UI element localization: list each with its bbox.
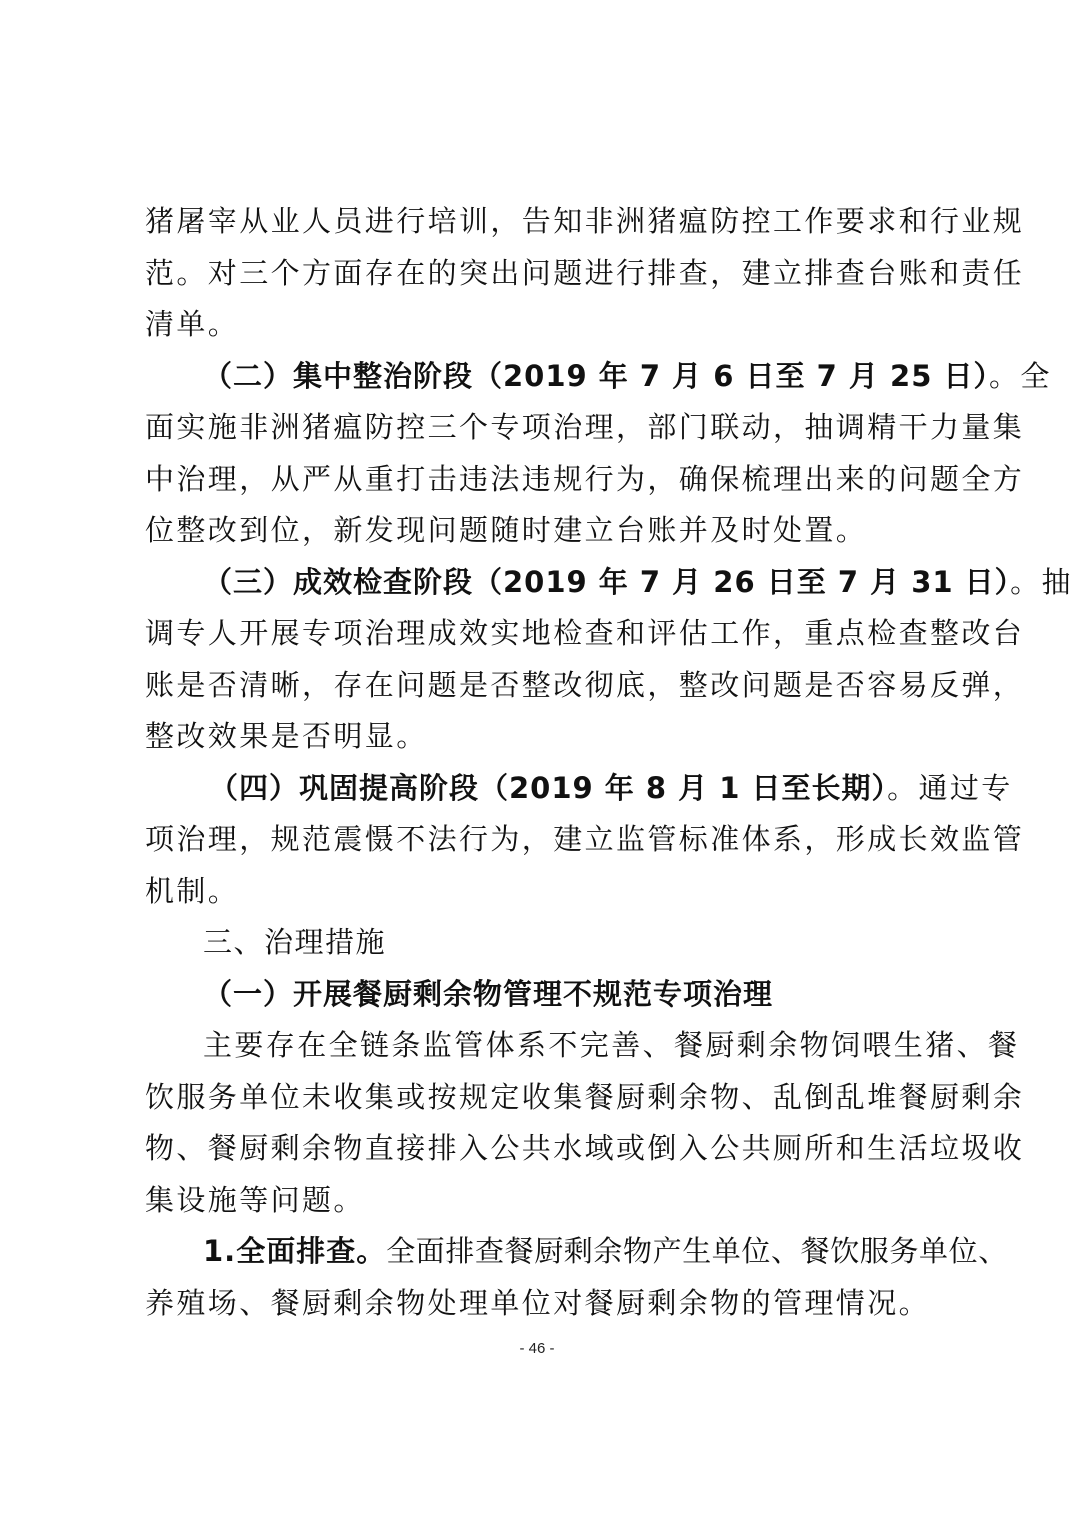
- paragraph-line: 机制。: [145, 866, 942, 918]
- stage-2-heading-line: （二）集中整治阶段（2019 年 7 月 6 日至 7 月 25 日）。全: [145, 351, 942, 403]
- stage-2-heading-tail: 。全: [989, 359, 1052, 393]
- subsection-1-heading-line: （一）开展餐厨剩余物管理不规范专项治理: [145, 969, 942, 1021]
- section-3-heading: 三、治理措施: [145, 917, 942, 969]
- paragraph-line: 中治理，从严从重打击违法违规行为，确保梳理出来的问题全方: [145, 454, 942, 506]
- paragraph-line: 范。对三个方面存在的突出问题进行排查，建立排查台账和责任: [145, 248, 942, 300]
- stage-3-heading-tail: 。抽: [1010, 565, 1073, 599]
- paragraph-line: 整改效果是否明显。: [145, 711, 942, 763]
- item-1-line: 1.全面排查。全面排查餐厨剩余物产生单位、餐饮服务单位、: [145, 1226, 942, 1278]
- item-1-label: 1.全面排查。: [203, 1234, 386, 1268]
- paragraph-line: 位整改到位，新发现问题随时建立台账并及时处置。: [145, 505, 942, 557]
- page-number: - 46 -: [0, 1340, 1074, 1357]
- paragraph-line: 猪屠宰从业人员进行培训，告知非洲猪瘟防控工作要求和行业规: [145, 196, 942, 248]
- subsection-1-heading: （一）开展餐厨剩余物管理不规范专项治理: [203, 977, 773, 1011]
- stage-4-heading: （四）巩固提高阶段（2019 年 8 月 1 日至长期）: [209, 771, 887, 805]
- paragraph-line: 账是否清晰，存在问题是否整改彻底，整改问题是否容易反弹，: [145, 660, 942, 712]
- paragraph-line: 调专人开展专项治理成效实地检查和评估工作，重点检查整改台: [145, 608, 942, 660]
- document-page: 猪屠宰从业人员进行培训，告知非洲猪瘟防控工作要求和行业规 范。对三个方面存在的突…: [0, 0, 1074, 1520]
- paragraph-line: 项治理，规范震慑不法行为，建立监管标准体系，形成长效监管: [145, 814, 942, 866]
- paragraph-line: 面实施非洲猪瘟防控三个专项治理，部门联动，抽调精干力量集: [145, 402, 942, 454]
- paragraph-line: 养殖场、餐厨剩余物处理单位对餐厨剩余物的管理情况。: [145, 1278, 942, 1330]
- stage-4-heading-tail: 。通过专: [887, 771, 1013, 805]
- paragraph-line: 集设施等问题。: [145, 1175, 942, 1227]
- paragraph-line: 主要存在全链条监管体系不完善、餐厨剩余物饲喂生猪、餐: [145, 1020, 942, 1072]
- document-body: 猪屠宰从业人员进行培训，告知非洲猪瘟防控工作要求和行业规 范。对三个方面存在的突…: [145, 196, 942, 1329]
- paragraph-line: 物、餐厨剩余物直接排入公共水域或倒入公共厕所和生活垃圾收: [145, 1123, 942, 1175]
- stage-3-heading: （三）成效检查阶段（2019 年 7 月 26 日至 7 月 31 日）: [203, 565, 1010, 599]
- stage-3-heading-line: （三）成效检查阶段（2019 年 7 月 26 日至 7 月 31 日）。抽: [145, 557, 942, 609]
- stage-4-heading-line: （四）巩固提高阶段（2019 年 8 月 1 日至长期）。通过专: [145, 763, 942, 815]
- paragraph-line: 饮服务单位未收集或按规定收集餐厨剩余物、乱倒乱堆餐厨剩余: [145, 1072, 942, 1124]
- paragraph-line: 清单。: [145, 299, 942, 351]
- stage-2-heading: （二）集中整治阶段（2019 年 7 月 6 日至 7 月 25 日）: [203, 359, 989, 393]
- item-1-tail: 全面排查餐厨剩余物产生单位、餐饮服务单位、: [386, 1234, 1008, 1268]
